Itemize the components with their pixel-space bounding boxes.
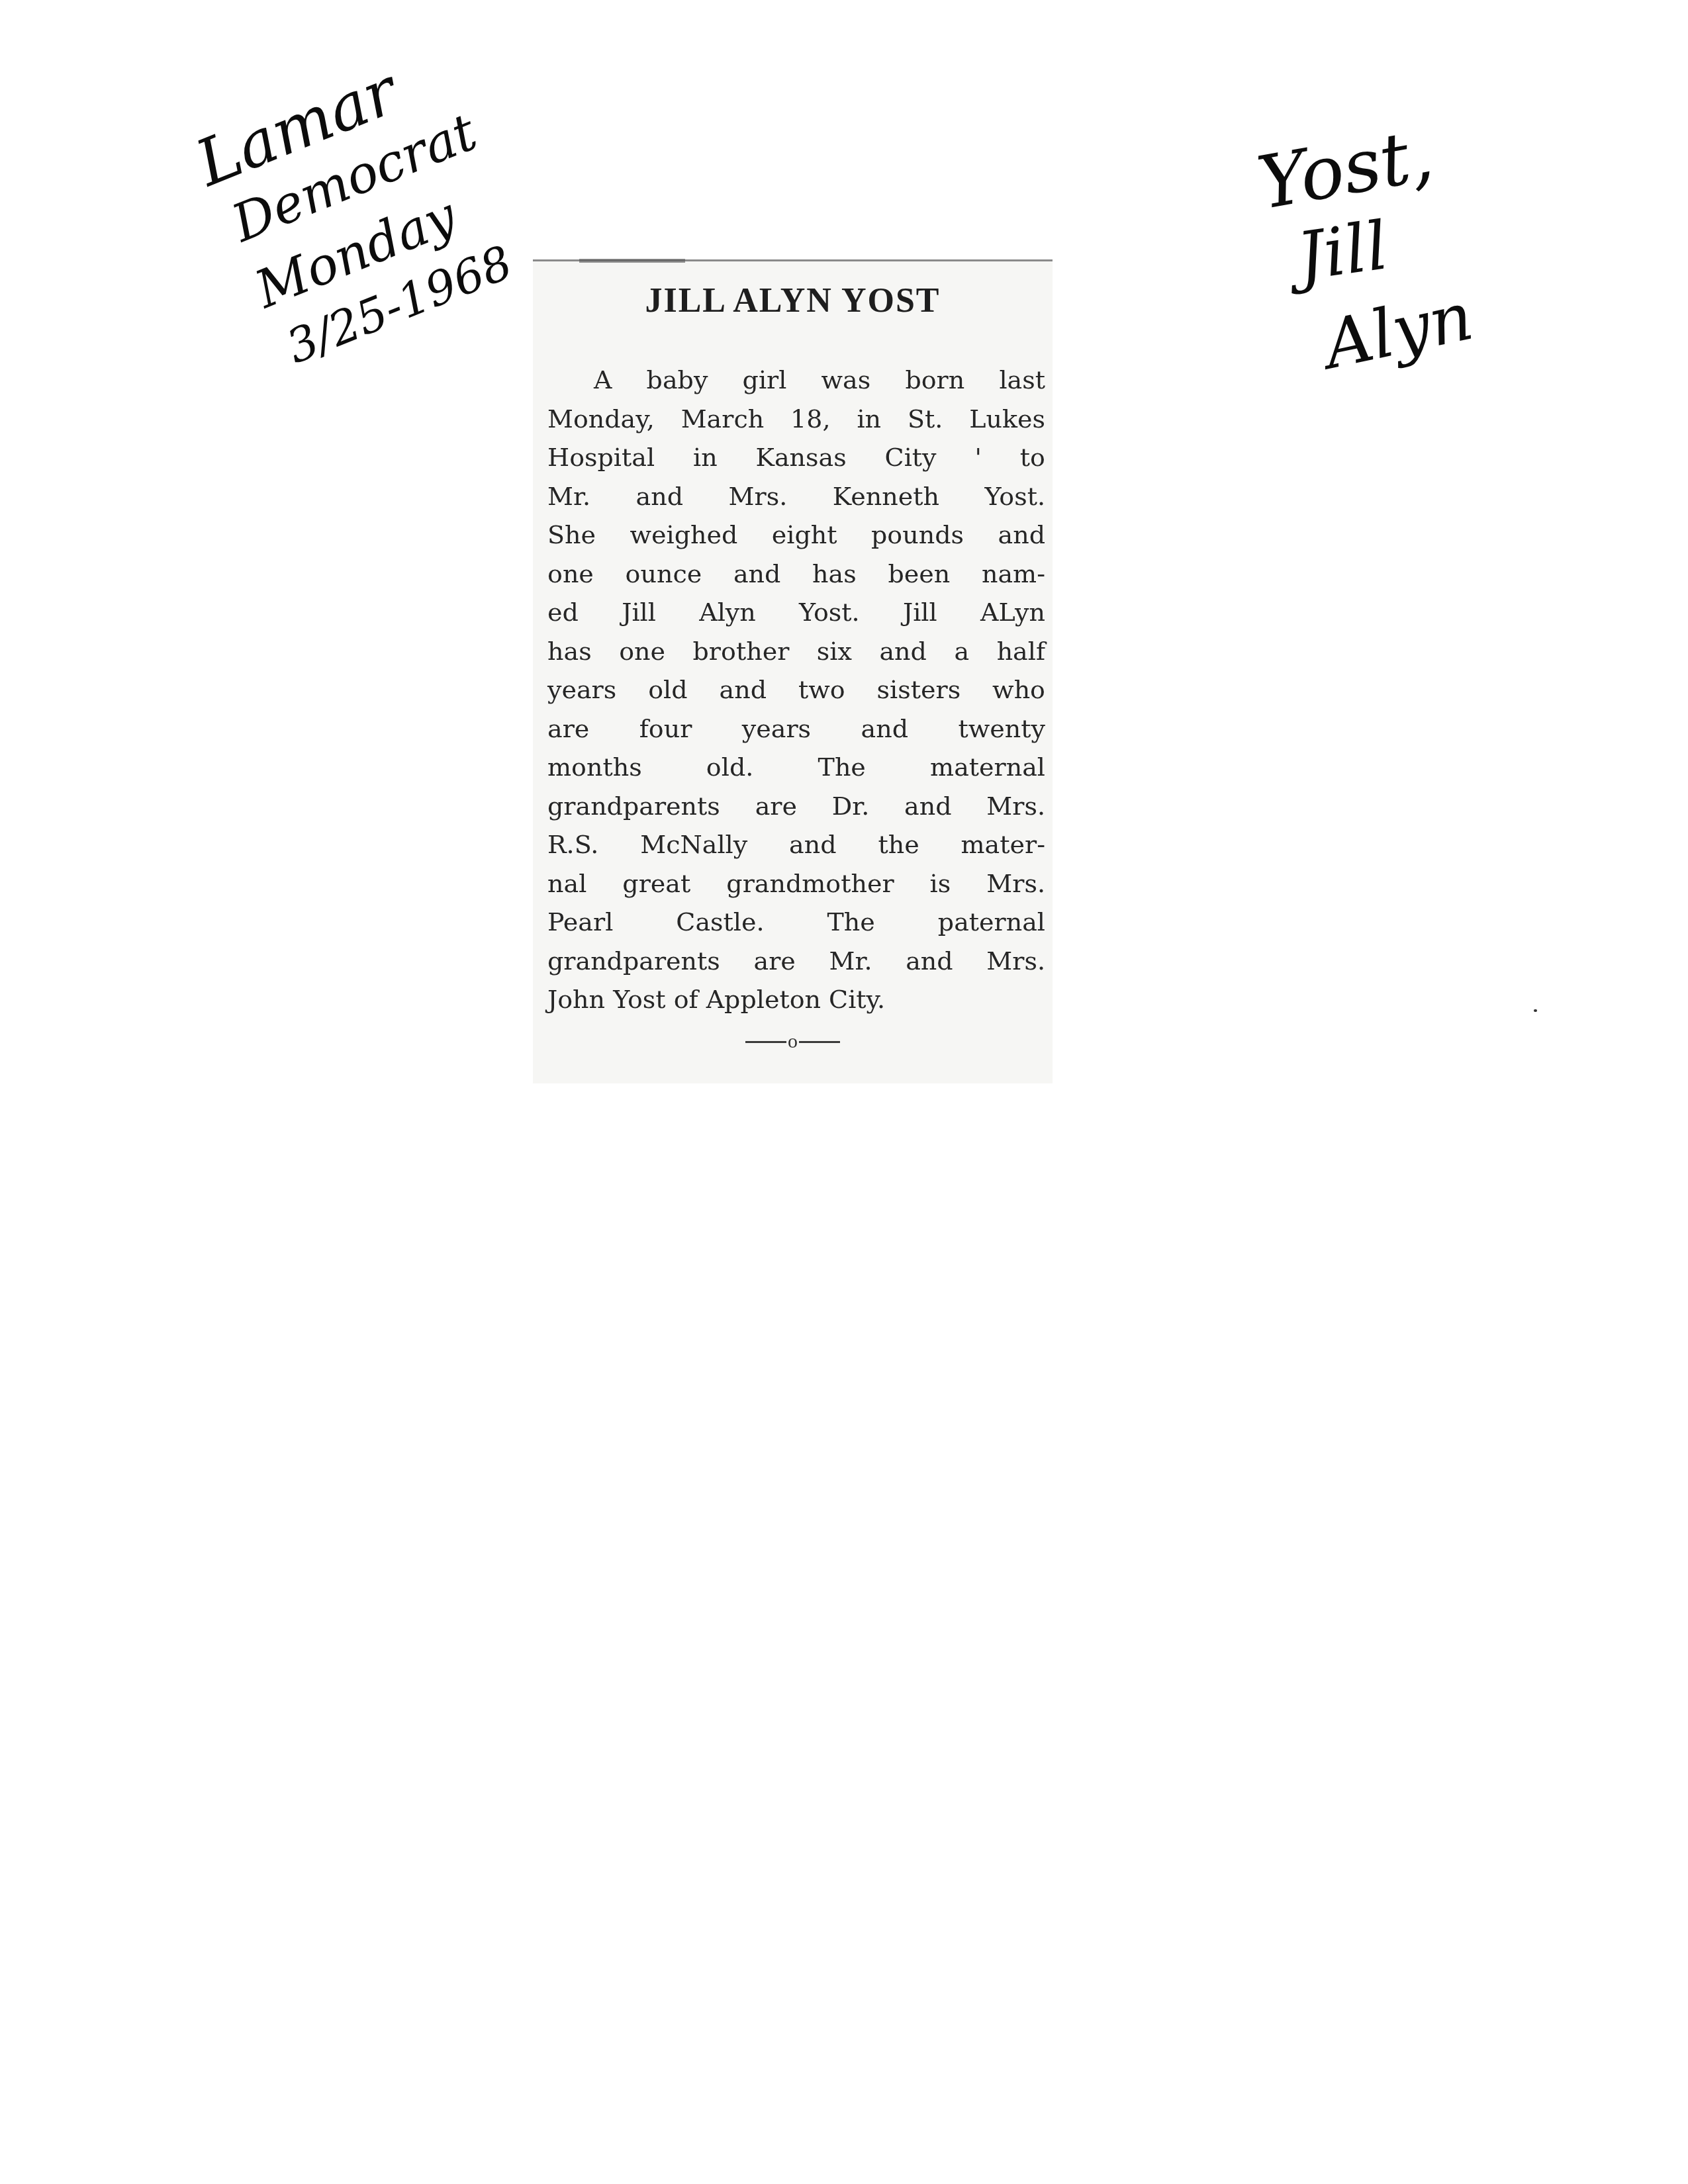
clipping-headline: JILL ALYN YOST [533, 281, 1053, 320]
body-line: She weighed eight pounds and [547, 516, 1045, 555]
body-line: Hospital in Kansas City ' to [547, 438, 1045, 477]
body-line: are four years and twenty [547, 709, 1045, 749]
body-line: months old. The maternal [547, 748, 1045, 787]
handwritten-middle-name: Alyn [1319, 283, 1478, 379]
handwritten-source-note: Lamar Democrat Monday 3/25-1968 [199, 106, 543, 357]
body-line: Monday, March 18, in St. Lukes [547, 400, 1045, 439]
body-line: A baby girl was born last [547, 361, 1045, 400]
body-line: years old and two sisters who [547, 670, 1045, 709]
handwritten-first-name: Jill [1293, 212, 1392, 291]
body-line: has one brother six and a half [547, 632, 1045, 671]
body-line: nal great grandmother is Mrs. [547, 864, 1045, 903]
body-line: John Yost of Appleton City. [547, 980, 1045, 1019]
handwritten-surname: Yost, [1252, 118, 1438, 220]
divider-rule-right [799, 1041, 840, 1043]
body-line: Mr. and Mrs. Kenneth Yost. [547, 477, 1045, 516]
body-line: Pearl Castle. The paternal [547, 903, 1045, 942]
handwritten-name-note: Yost, Jill Alyn [1251, 106, 1529, 371]
end-divider: o [533, 1029, 1053, 1053]
body-line: one ounce and has been nam- [547, 555, 1045, 594]
scan-speck [1534, 1009, 1537, 1012]
clipping-body: A baby girl was born last Monday, March … [547, 361, 1045, 1019]
body-line: grandparents are Mr. and Mrs. [547, 942, 1045, 981]
newspaper-clipping: JILL ALYN YOST A baby girl was born last… [533, 259, 1053, 1083]
divider-rule-left [745, 1041, 786, 1043]
body-line: ed Jill Alyn Yost. Jill ALyn [547, 593, 1045, 632]
body-line: R.S. McNally and the mater- [547, 825, 1045, 864]
divider-mark: o [786, 1030, 799, 1053]
body-line: grandparents are Dr. and Mrs. [547, 787, 1045, 826]
